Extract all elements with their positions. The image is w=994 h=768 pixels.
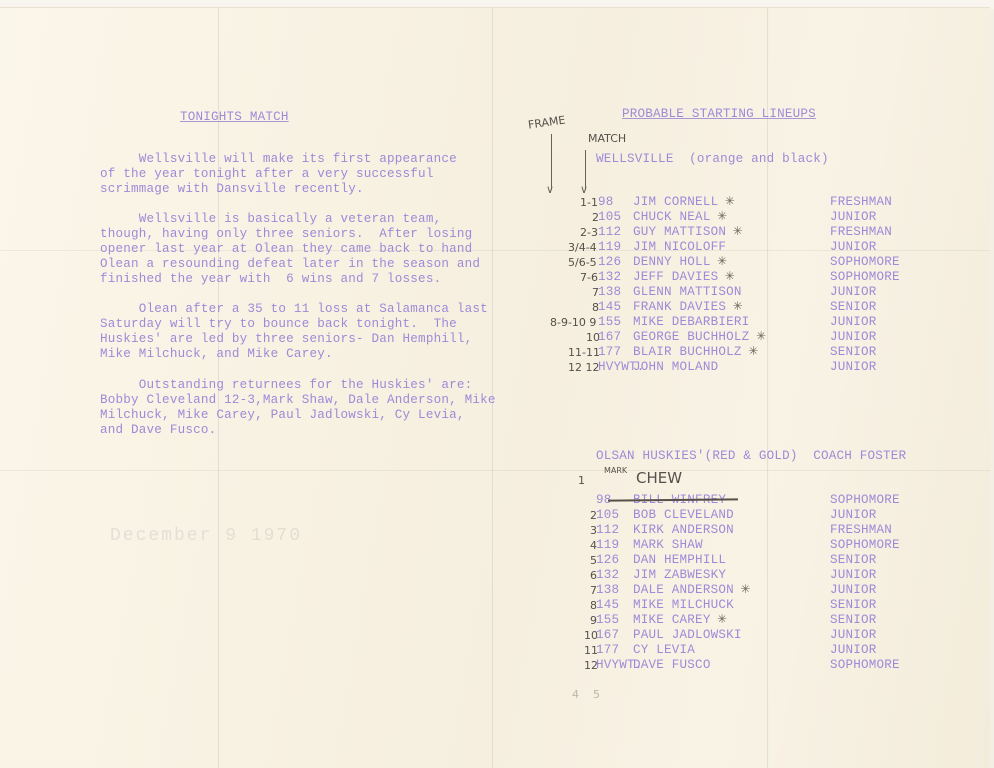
player-name: CHUCK NEAL	[633, 210, 711, 225]
weight-class: 119	[598, 240, 621, 255]
player-name: GLENN MATTISON	[633, 285, 742, 300]
olean-title: OLSAN HUSKIES'(RED & GOLD) COACH FOSTER	[596, 449, 906, 464]
player-class: SOPHOMORE	[830, 270, 900, 285]
weight-class: 145	[598, 300, 621, 315]
player-name: GUY MATTISON	[633, 225, 726, 240]
player-class: JUNIOR	[830, 240, 877, 255]
arrow-down-icon: ∨	[546, 183, 554, 196]
player-name: MIKE CAREY	[633, 613, 711, 628]
paragraph-line: Olean a resounding defeat later in the s…	[100, 257, 480, 272]
paragraph-line: Wellsville will make its first appearanc…	[100, 152, 457, 167]
player-name: MIKE DEBARBIERI	[633, 315, 749, 330]
handwritten-match-number: 2-3	[580, 226, 598, 239]
player-class: JUNIOR	[830, 628, 877, 643]
player-name: GEORGE BUCHHOLZ	[633, 330, 749, 345]
weight-class: 119	[596, 538, 619, 553]
handwritten-match-number: 3/4-4	[568, 241, 597, 254]
handwritten-match-number: 1-1	[580, 196, 598, 209]
player-name: BLAIR BUCHHOLZ	[633, 345, 742, 360]
player-name: JIM ZABWESKY	[633, 568, 726, 583]
paragraph-line: Bobby Cleveland 12-3,Mark Shaw, Dale And…	[100, 393, 496, 408]
faint-mark: 4 5	[572, 688, 600, 701]
player-name: CY LEVIA	[633, 643, 695, 658]
weight-class: 105	[598, 210, 621, 225]
player-name: JEFF DAVIES	[633, 270, 718, 285]
handwritten-match-number: 8-9-10 9	[550, 316, 596, 329]
player-class: JUNIOR	[830, 643, 877, 658]
handwritten-match-number: 7-6	[580, 271, 598, 284]
star-mark-icon: ✳	[756, 329, 766, 343]
weight-class: 177	[598, 345, 621, 360]
player-class: JUNIOR	[830, 583, 877, 598]
paragraph-line: finished the year with 6 wins and 7 loss…	[100, 272, 441, 287]
weight-class: 155	[598, 315, 621, 330]
player-class: JUNIOR	[830, 315, 877, 330]
player-name: JIM NICOLOFF	[633, 240, 726, 255]
weight-class: 155	[596, 613, 619, 628]
weight-class: 167	[596, 628, 619, 643]
weight-class: 138	[596, 583, 619, 598]
player-class: SOPHOMORE	[830, 255, 900, 270]
player-class: SOPHOMORE	[830, 658, 900, 673]
player-class: JUNIOR	[830, 330, 877, 345]
player-name: DAN HEMPHILL	[633, 553, 726, 568]
lineups-heading: PROBABLE STARTING LINEUPS	[622, 107, 816, 122]
weight-class: 98	[598, 195, 614, 210]
weight-class: 138	[598, 285, 621, 300]
weight-class: 112	[596, 523, 619, 538]
star-mark-icon: ✳	[733, 299, 743, 313]
paragraph-line: Mike Milchuck, and Mike Carey.	[100, 347, 333, 362]
weight-class: 126	[596, 553, 619, 568]
player-class: SOPHOMORE	[830, 493, 900, 508]
paragraph-line: opener last year at Olean they came back…	[100, 242, 472, 257]
player-class: JUNIOR	[830, 508, 877, 523]
player-class: SOPHOMORE	[830, 538, 900, 553]
player-name: DALE ANDERSON	[633, 583, 734, 598]
frame-arrow	[551, 134, 552, 190]
player-class: JUNIOR	[830, 360, 877, 375]
star-mark-icon: ✳	[748, 344, 758, 358]
handwritten-match-number: 5/6-5	[568, 256, 597, 269]
player-class: SENIOR	[830, 598, 877, 613]
weight-class: 177	[596, 643, 619, 658]
wellsville-title: WELLSVILLE (orange and black)	[596, 152, 829, 167]
player-name: BOB CLEVELAND	[633, 508, 734, 523]
paragraph-line: of the year tonight after a very success…	[100, 167, 434, 182]
player-class: FRESHMAN	[830, 195, 892, 210]
handwritten-match-number: 12 12	[568, 361, 600, 374]
weight-class: 112	[598, 225, 621, 240]
paragraph-line: Outstanding returnees for the Huskies' a…	[100, 378, 472, 393]
player-name: MIKE MILCHUCK	[633, 598, 734, 613]
arrow-down-icon: ∨	[580, 183, 588, 196]
star-mark-icon: ✳	[717, 612, 727, 626]
paragraph-line: though, having only three seniors. After…	[100, 227, 472, 242]
player-name: MARK SHAW	[633, 538, 703, 553]
fold-line	[767, 8, 769, 768]
player-name: JIM CORNELL	[633, 195, 718, 210]
weight-class: 132	[596, 568, 619, 583]
player-class: SENIOR	[830, 613, 877, 628]
paragraph-line: Wellsville is basically a veteran team,	[100, 212, 441, 227]
paragraph-line: Milchuck, Mike Carey, Paul Jadlowski, Cy…	[100, 408, 465, 423]
star-mark-icon: ✳	[717, 209, 727, 223]
star-mark-icon: ✳	[733, 224, 743, 238]
paragraph-line: Huskies' are led by three seniors- Dan H…	[100, 332, 472, 347]
correction-small-note: MARK	[604, 466, 627, 475]
player-class: FRESHMAN	[830, 523, 892, 538]
player-class: JUNIOR	[830, 285, 877, 300]
bleed-through-date: December 9 1970	[110, 526, 302, 546]
tonights-match-heading: TONIGHTS MATCH	[180, 110, 289, 125]
weight-class: 167	[598, 330, 621, 345]
player-name: FRANK DAVIES	[633, 300, 726, 315]
fold-line	[0, 470, 990, 471]
weight-class: 126	[598, 255, 621, 270]
player-class: SENIOR	[830, 553, 877, 568]
player-name: KIRK ANDERSON	[633, 523, 734, 538]
player-class: FRESHMAN	[830, 225, 892, 240]
player-name: JOHN MOLAND	[633, 360, 718, 375]
player-class: JUNIOR	[830, 568, 877, 583]
fold-line	[492, 8, 494, 768]
player-class: SENIOR	[830, 300, 877, 315]
star-mark-icon: ✳	[717, 254, 727, 268]
weight-class: 145	[596, 598, 619, 613]
correction-number: 1	[578, 474, 585, 487]
correction-replacement: CHEW	[636, 469, 682, 487]
player-name: DAVE FUSCO	[633, 658, 711, 673]
paragraph-line: scrimmage with Dansville recently.	[100, 182, 364, 197]
player-name: PAUL JADLOWSKI	[633, 628, 742, 643]
player-class: SENIOR	[830, 345, 877, 360]
star-mark-icon: ✳	[740, 582, 750, 596]
player-name: DENNY HOLL	[633, 255, 711, 270]
match-annotation: MATCH	[588, 132, 626, 145]
weight-class: 132	[598, 270, 621, 285]
player-class: JUNIOR	[830, 210, 877, 225]
handwritten-match-number: 11-11	[568, 346, 600, 359]
paragraph-line: Olean after a 35 to 11 loss at Salamanca…	[100, 302, 488, 317]
weight-class: 105	[596, 508, 619, 523]
star-mark-icon: ✳	[725, 269, 735, 283]
paragraph-line: and Dave Fusco.	[100, 423, 216, 438]
star-mark-icon: ✳	[725, 194, 735, 208]
paragraph-line: Saturday will try to bounce back tonight…	[100, 317, 457, 332]
